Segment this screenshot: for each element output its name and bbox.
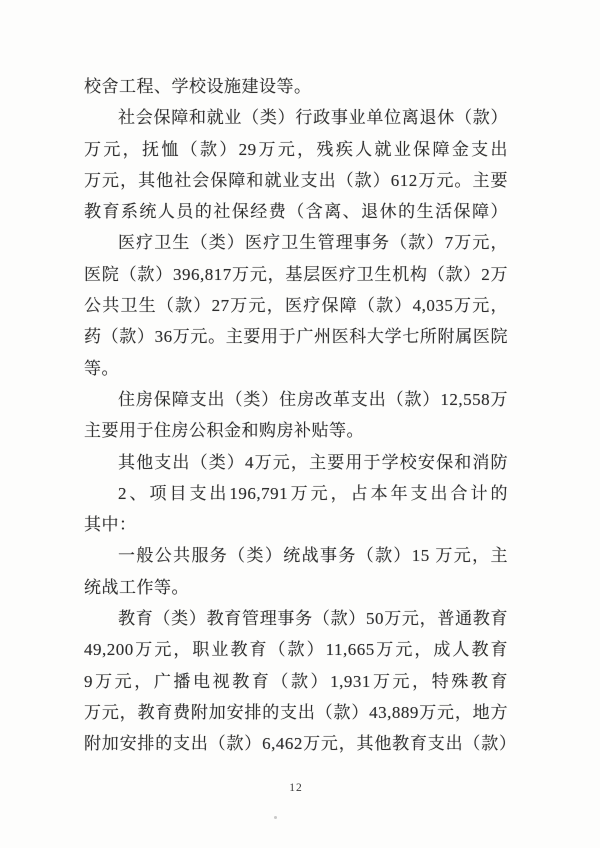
text-line: 2、项目支出196,791万元，占本年支出合计的21.04%。 xyxy=(84,478,508,509)
text-line: 教育系统人员的社保经费（含离、退休的生活保障）等。 xyxy=(84,196,508,227)
text-line: 药（款）36万元。主要用于广州医科大学七所附属医院支出 xyxy=(84,321,508,352)
text-line: 公共卫生（款）27万元，医疗保障（款）4,035万元，中医 xyxy=(84,290,508,321)
text-line: 万元，教育费附加安排的支出（款）43,889万元，地方教育 xyxy=(84,697,508,728)
document-page: 校舍工程、学校设施建设等。 社会保障和就业（类）行政事业单位离退休（款）24,2… xyxy=(0,0,600,848)
text-line: 医疗卫生（类）医疗卫生管理事务（款）7万元，公立 xyxy=(84,227,508,258)
text-line: 其他支出（类）4万元，主要用于学校安保和消防等。 xyxy=(84,447,508,478)
scan-speck xyxy=(274,816,277,819)
text-line: 一般公共服务（类）统战事务（款）15 万元，主要用于 xyxy=(84,540,508,571)
text-line: 教育（类）教育管理事务（款）50万元，普通教育（款） xyxy=(84,603,508,634)
text-line: 其中： xyxy=(84,509,508,540)
text-line: 校舍工程、学校设施建设等。 xyxy=(84,71,508,102)
text-line: 附加安排的支出（款）6,462万元，其他教育支出（款）20,185 xyxy=(84,728,508,759)
text-line: 49,200万元，职业教育（款）11,665万元，成人教育（款） xyxy=(84,634,508,665)
text-line: 万元，抚恤（款）29万元，残疾人就业保障金支出（款）9 xyxy=(84,134,508,165)
text-line: 医院（款）396,817万元，基层医疗卫生机构（款）2万元， xyxy=(84,259,508,290)
text-line: 主要用于住房公积金和购房补贴等。 xyxy=(84,415,508,446)
page-number: 12 xyxy=(283,782,309,794)
body-text: 校舍工程、学校设施建设等。 社会保障和就业（类）行政事业单位离退休（款）24,2… xyxy=(84,71,508,760)
text-line: 统战工作等。 xyxy=(84,572,508,603)
text-line: 社会保障和就业（类）行政事业单位离退休（款）24,275 xyxy=(84,102,508,133)
text-line: 9万元，广播电视教育（款）1,931万元，特殊教育（款）801 xyxy=(84,666,508,697)
text-line: 等。 xyxy=(84,353,508,384)
text-line: 万元，其他社会保障和就业支出（款）612万元。主要用于 xyxy=(84,165,508,196)
text-line: 住房保障支出（类）住房改革支出（款）12,558万元， xyxy=(84,384,508,415)
